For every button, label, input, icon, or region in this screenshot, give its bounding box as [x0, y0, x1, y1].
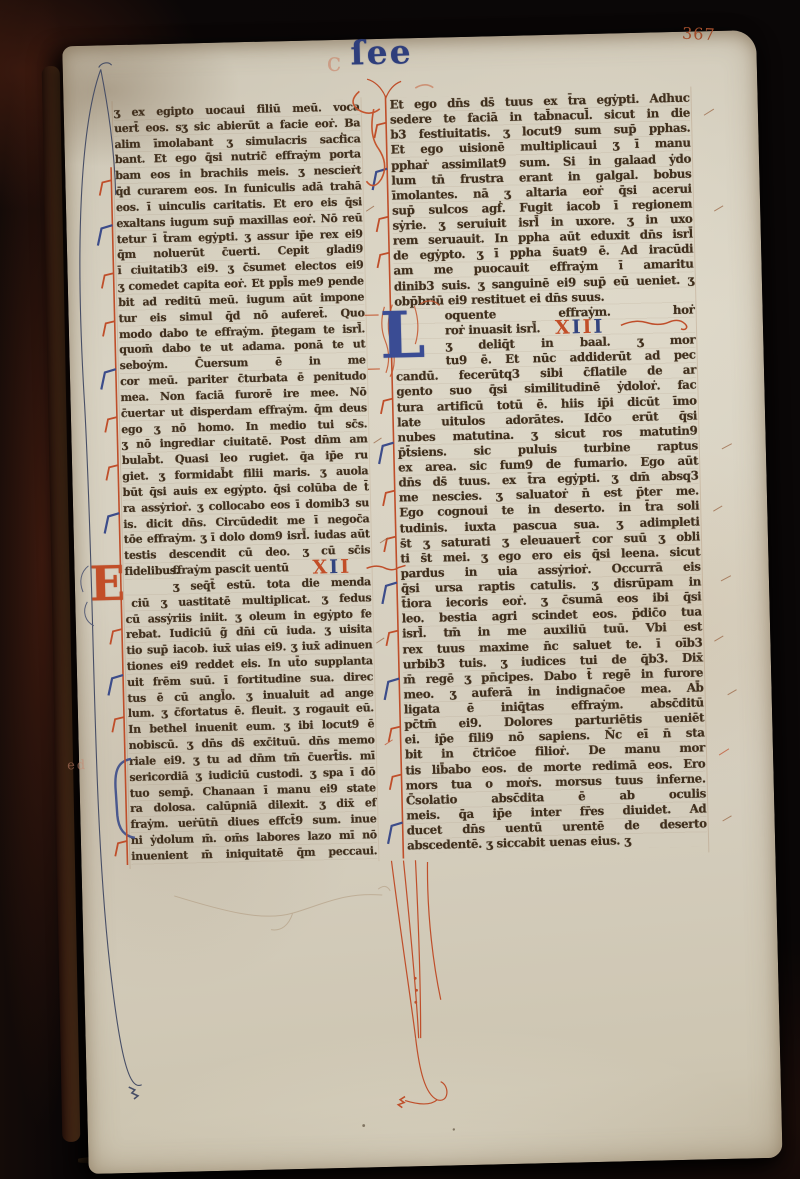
decorated-initial-e: E — [89, 559, 125, 608]
text-column-right: Et ego dn̄s ds̄ tuus ex t̄ra egẏpti. Adh… — [389, 91, 707, 854]
chapter-number-xiii: XIII — [555, 316, 605, 339]
chapter-number-xii: XII — [312, 556, 351, 579]
prick-dot — [453, 1128, 455, 1130]
red-tail-flourish — [391, 860, 447, 1108]
faded-marginal-mark: ed — [67, 758, 87, 773]
folio-number: 367 — [682, 24, 716, 45]
vellum-leaf: c ſee 367 ed — [62, 30, 782, 1174]
manuscript-photo: { "page": { "description": "Medieval Bib… — [0, 0, 800, 1179]
prick-dot — [362, 1124, 365, 1127]
faint-doodle — [174, 886, 391, 932]
running-header-red-offset: c — [326, 48, 341, 78]
decorated-initial-l: L — [379, 304, 425, 369]
text-column-left: ʒ ex egipto uocaui filiū meū. vocauert̄ … — [114, 99, 378, 864]
running-header: ſee — [350, 32, 413, 72]
